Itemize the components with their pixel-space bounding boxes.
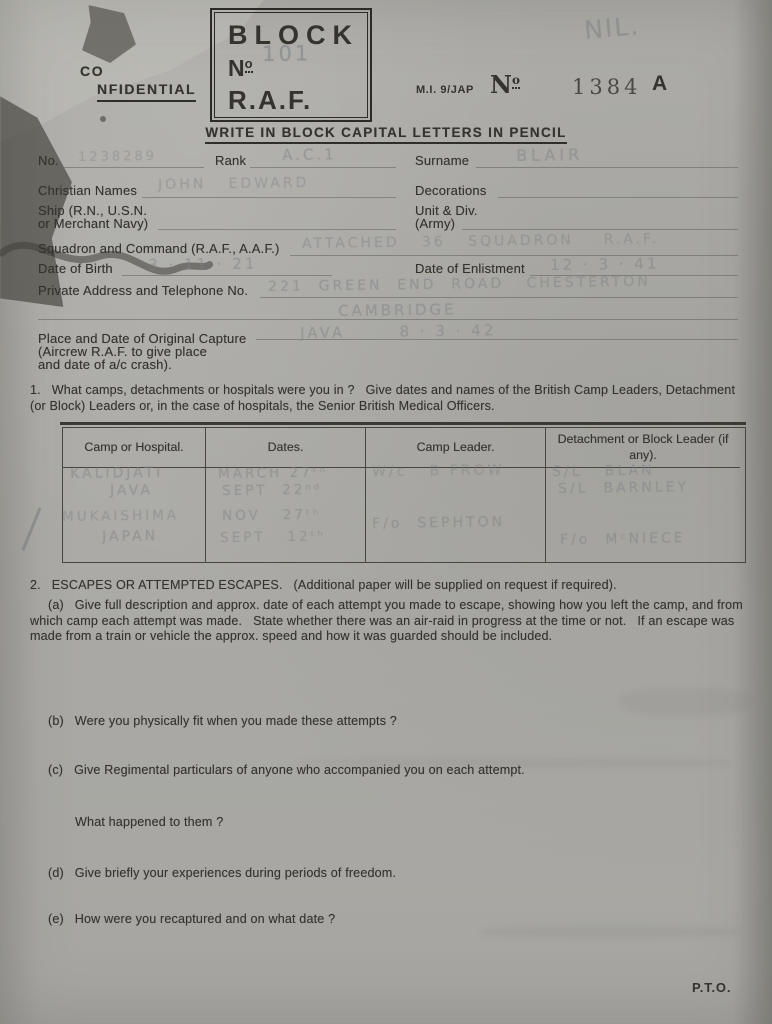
field-line-ship [158,229,396,230]
field-line-date-of-birth [122,275,332,276]
table-header-dates: Dates. [206,428,366,468]
field-value-date-of-birth: 3 · 11 · 21 [148,254,258,274]
question-2e-text: (e) How were you recaptured and on what … [48,912,748,928]
table-top-rule [60,422,746,425]
pow-questionnaire-scanned-page: CO NFIDENTIAL BLOCK No R.A.F. 101 M.I. 9… [0,0,772,1024]
field-label-unit-line2: (Army) [415,216,455,231]
field-label-christian-names: Christian Names [38,183,137,198]
mi-no-o: o [512,73,520,89]
table-entry-camp1-date2: SEPT 22ⁿᵈ [222,482,322,499]
punch-hole [100,116,106,122]
table-entry-camp2-date2: SEPT 12ᵗʰ [220,529,326,546]
table-entry-camp2-name: MUKAISHIMA [62,507,179,525]
field-label-rank: Rank [215,153,246,168]
field-value-private-address-1: 221 GREEN END ROAD CHESTERTON [268,274,651,295]
table-entry-camp2-date1: NOV 27ᵗʰ [222,507,321,524]
field-label-date-of-enlistment: Date of Enlistment [415,261,525,276]
field-line-rank [250,167,396,168]
field-value-capture: JAVA 8 · 3 · 42 [300,321,496,342]
instruction-heading: WRITE IN BLOCK CAPITAL LETTERS IN PENCIL [205,125,566,144]
field-value-christian-names: JOHN EDWARD [158,175,310,193]
table-entry-camp1-country: JAVA [110,482,153,499]
table-entry-camp2-country: JAPAN [102,528,158,545]
table-header-camp: Camp or Hospital. [63,428,206,468]
table-entry-camp2-leader: F/o SEPHTON [372,514,505,532]
stamp-no-o: o [245,56,253,73]
pto-label: P.T.O. [692,980,731,995]
field-line-decorations [498,197,738,198]
mi-no-symbol: No [490,70,520,99]
stamp-block-number-handwritten: 101 [262,41,311,66]
stamp-no-n: N [228,55,245,81]
pencil-checkmark [21,507,41,551]
question-2d-text: (d) Give briefly your experiences during… [48,866,748,882]
table-entry-camp1-block-leader2: S/L BARNLEY [558,479,689,497]
stamp-no-label: No [228,55,253,82]
field-value-squadron: ATTACHED 36 SQUADRON R.A.F. [302,231,659,252]
field-label-surname: Surname [415,153,469,168]
table-entry-camp2-block-leader: F/o MᶜNIECE [560,530,686,548]
field-value-surname: BLAIR [516,145,583,165]
table-entry-camp1-date1: MARCH 27ᵗʰ [218,464,328,482]
stamp-raf-label: R.A.F. [228,85,312,116]
mi-no-n: N [490,70,512,99]
field-line-unit [462,229,738,230]
field-value-private-address-2: CAMBRIDGE [338,300,457,320]
field-value-service-no: 1238289 [78,149,157,165]
mi-series-letter: A [652,72,667,96]
nil-handwritten-note: NIL. [583,11,641,45]
field-label-service-no: No. [38,153,59,168]
table-entry-camp1-name: KALIDJATI [70,465,163,482]
smudge-artifact [620,688,750,716]
question-2b-text: (b) Were you physically fit when you mad… [48,714,748,730]
question-1-text: 1. What camps, detachments or hospitals … [30,383,746,414]
field-label-decorations: Decorations [415,183,487,198]
question-2a-text: (a) Give full description and approx. da… [30,598,748,645]
field-label-capture-line3: and date of a/c crash). [38,357,172,372]
question-2c-followup-text: What happened to them ? [75,815,745,831]
instruction-heading-row: WRITE IN BLOCK CAPITAL LETTERS IN PENCIL [0,124,772,144]
field-label-ship-line2: or Merchant Navy) [38,216,148,231]
field-label-private-address: Private Address and Telephone No. [38,283,248,298]
field-value-date-of-enlistment: 12 · 3 · 41 [550,254,660,274]
field-label-date-of-birth: Date of Birth [38,261,113,276]
field-line-service-no [64,167,204,168]
table-entry-camp1-block-leader1: S/L BLAN [552,463,655,480]
question-2c-text: (c) Give Regimental particulars of anyon… [48,763,748,779]
question-2-heading: 2. ESCAPES OR ATTEMPTED ESCAPES. (Additi… [30,578,746,594]
confidential-marking: NFIDENTIAL [97,81,196,102]
table-entry-camp1-leader: W/c B FROW [372,462,505,480]
field-line-squadron [290,255,738,256]
field-line-christian-names [142,197,396,198]
confidential-marking-top: CO [80,63,104,79]
mi-reference-number: 1384 [572,75,641,99]
field-line-surname [476,167,738,168]
mi9jap-label: M.I. 9/JAP [416,84,474,96]
field-line-private-address-1 [260,297,738,298]
field-value-rank: A.C.1 [282,145,337,164]
